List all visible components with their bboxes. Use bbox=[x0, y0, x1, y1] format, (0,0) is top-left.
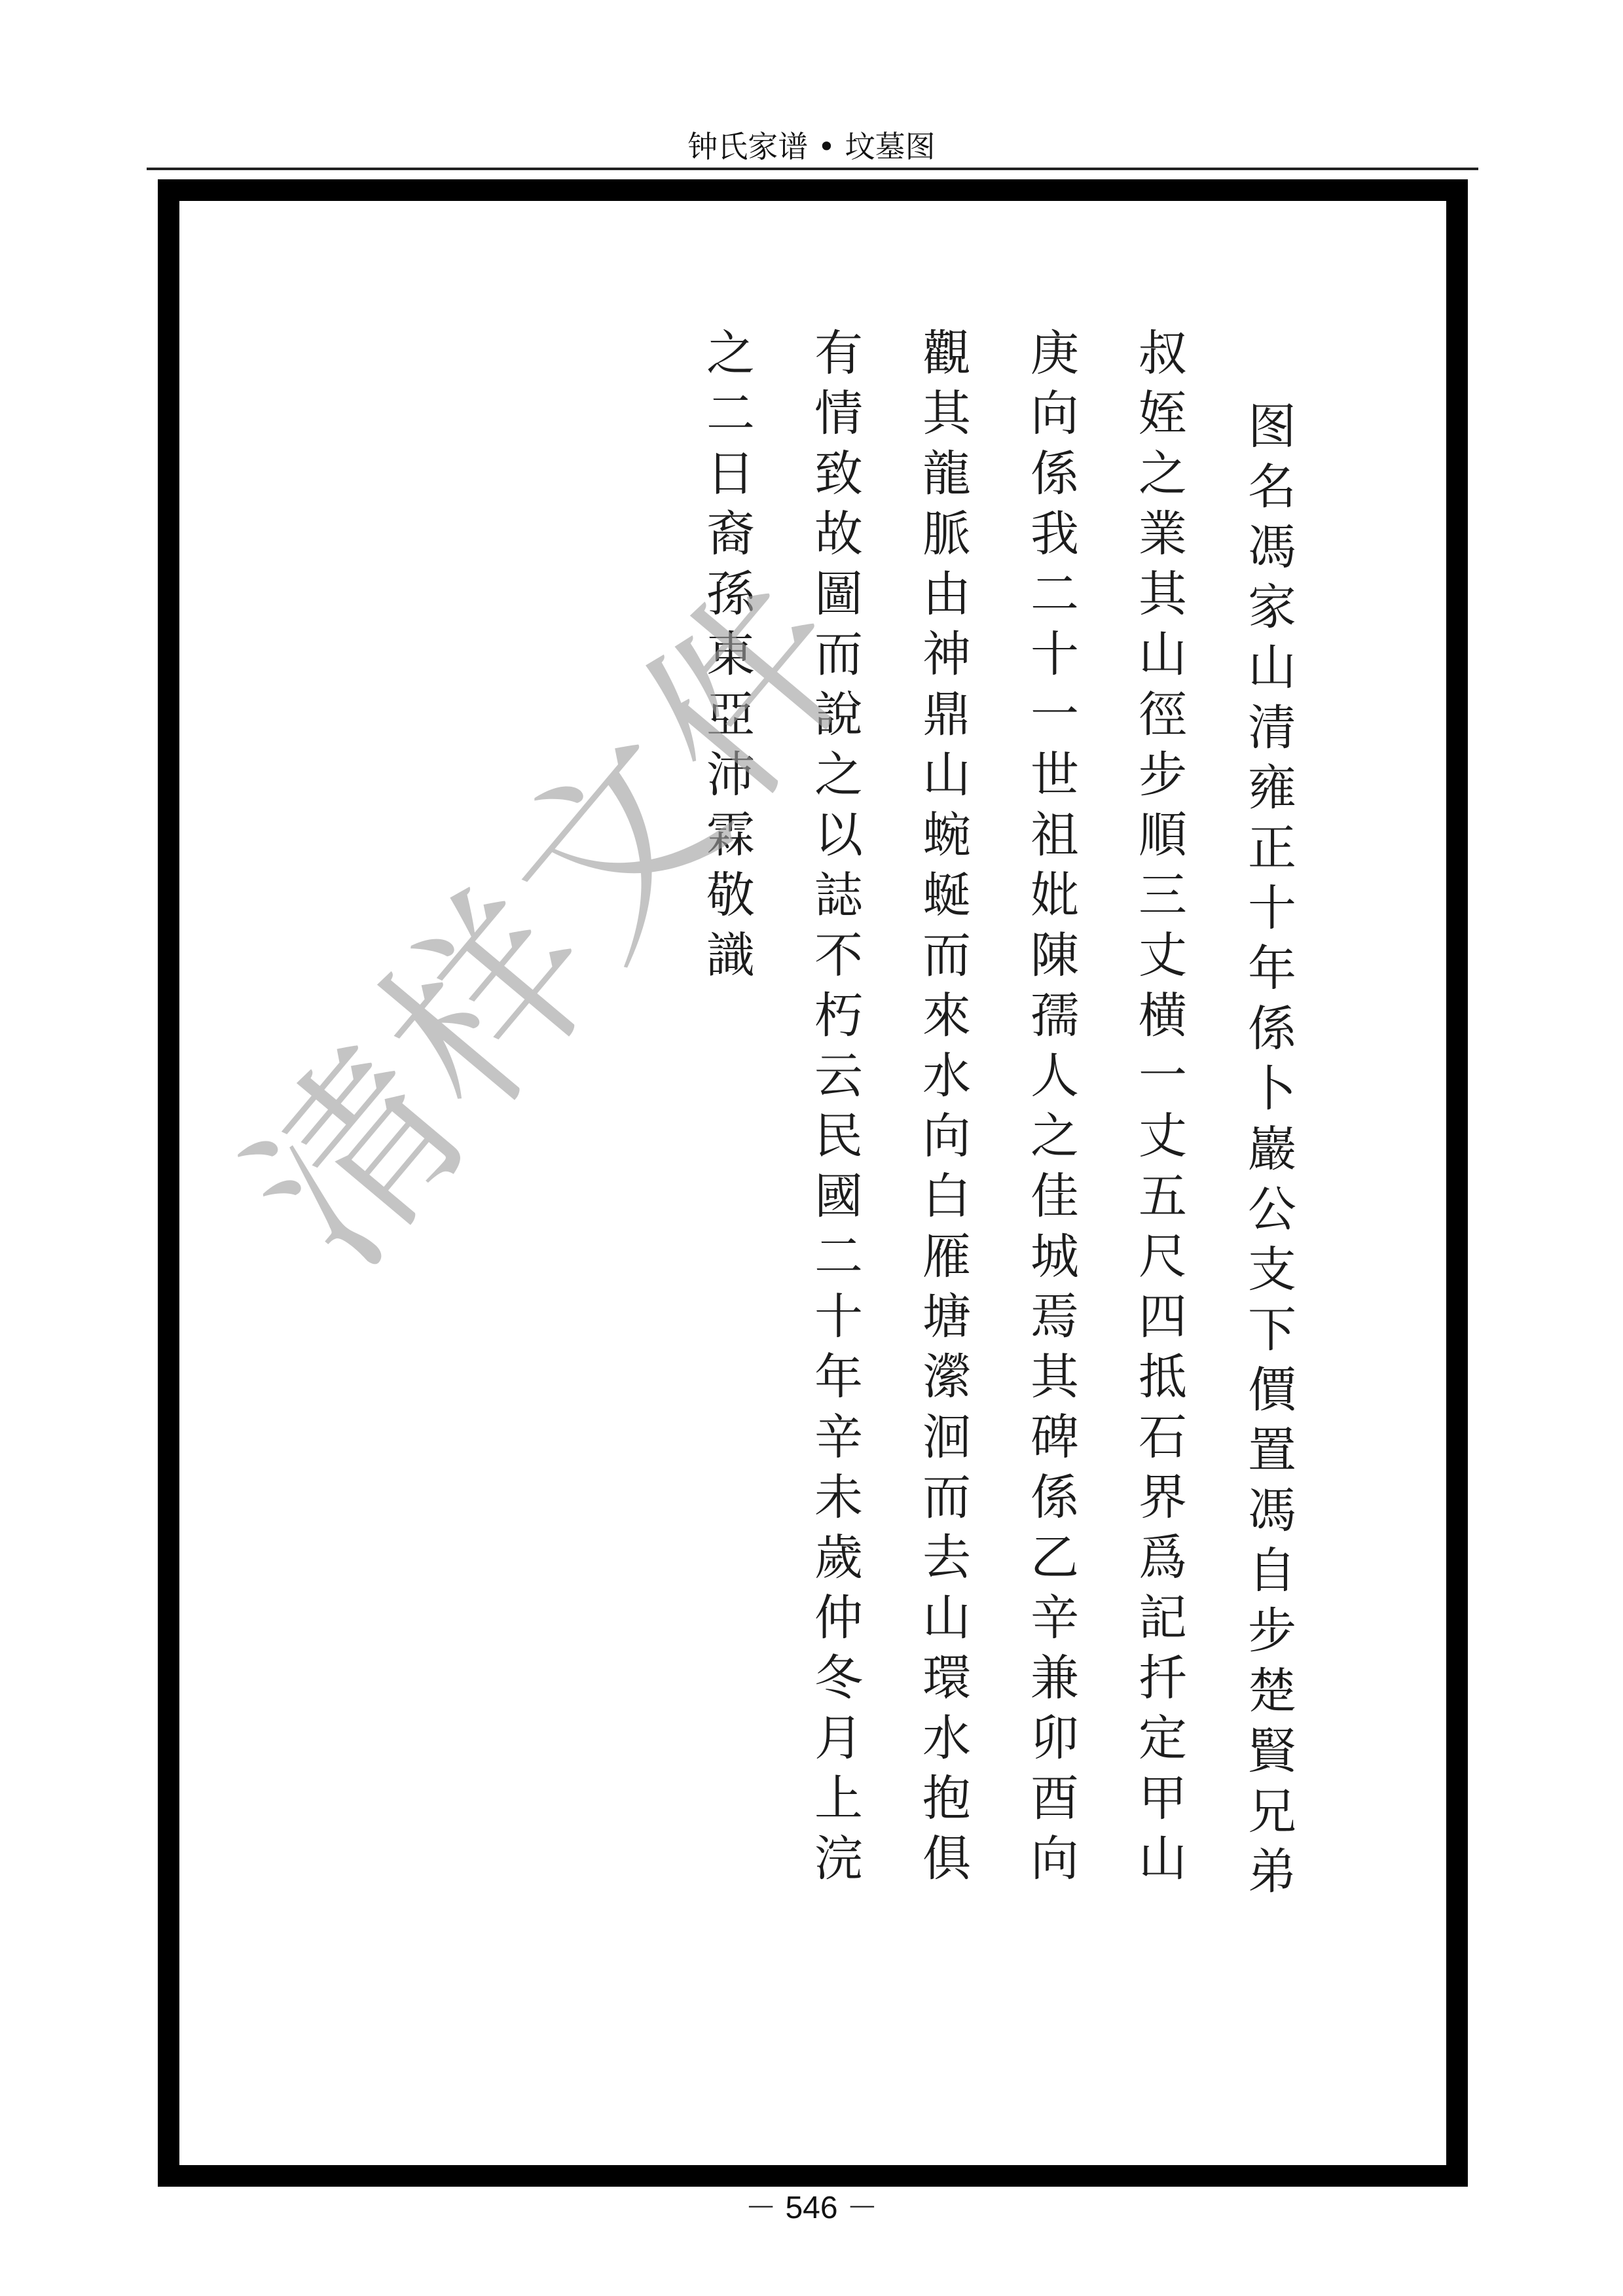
text-column-4: 觀其龍脈由神鼎山蜿蜒而來水向白雁塘瀠洄而去山環水抱俱 bbox=[907, 327, 979, 1893]
header-rule bbox=[147, 168, 1478, 170]
text-column-2: 叔姪之業其山徑步順三丈横一丈五尺四抵石界爲記扦定甲山 bbox=[1123, 327, 1195, 1893]
page-number: － 546 － bbox=[0, 2190, 1623, 2227]
text-column-6: 之二日裔孫東亞沛霖敬識 bbox=[691, 327, 763, 990]
text-column-1: 图名馮家山清雍正十年係卜巖公支下價置馮自步楚賢兄弟 bbox=[1232, 401, 1304, 1906]
text-column-3: 庚向係我二十一世祖妣陳孺人之佳城焉其碑係乙辛兼卯酉向 bbox=[1015, 327, 1087, 1893]
text-column-5: 有情致故圖而說之以誌不朽云民國二十年辛未歲仲冬月上浣 bbox=[799, 327, 871, 1893]
running-header: 钟氏家谱 • 坟墓图 bbox=[0, 128, 1623, 165]
